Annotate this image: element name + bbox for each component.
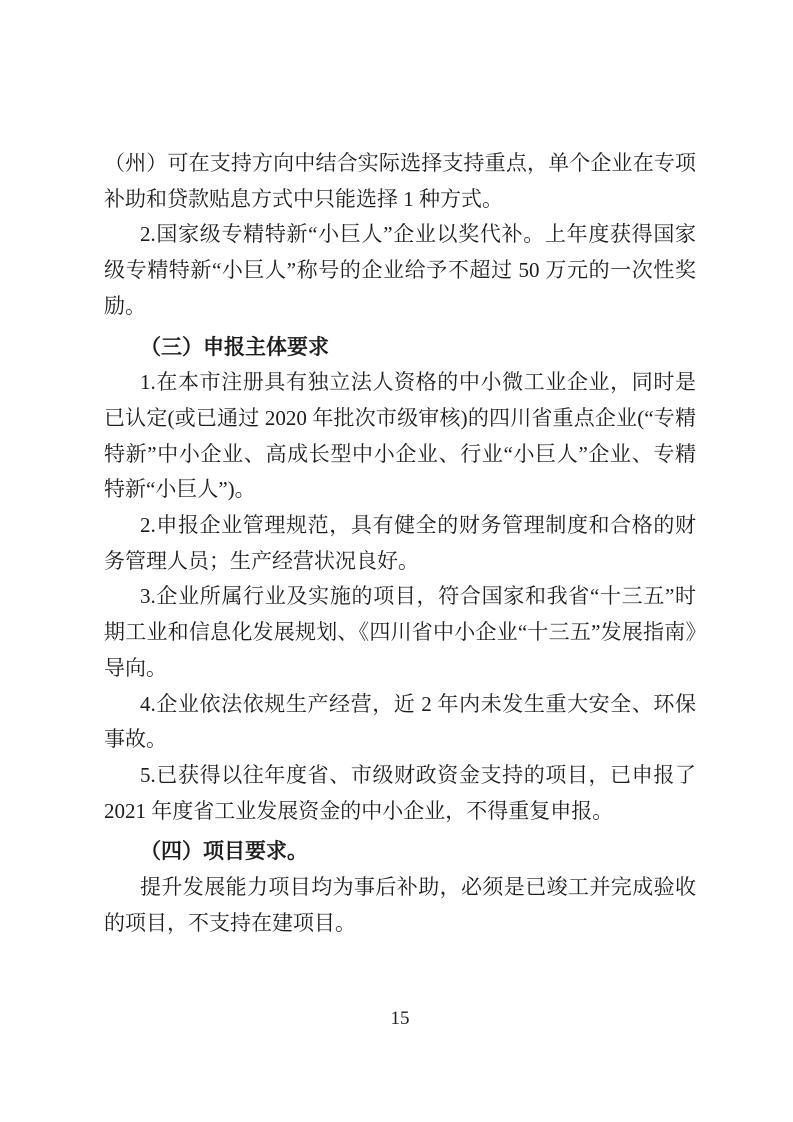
body-paragraph: 提升发展能力项目均为事后补助，必须是已竣工并完成验收的项目，不支持在建项目。 <box>104 870 696 941</box>
section-heading: （四）项目要求。 <box>104 834 696 870</box>
body-paragraph: 3.企业所属行业及实施的项目，符合国家和我省“十三五”时期工业和信息化发展规划、… <box>104 579 696 686</box>
section-heading: （三）申报主体要求 <box>104 330 696 366</box>
body-paragraph: 2.国家级专精特新“小巨人”企业以奖代补。上年度获得国家级专精特新“小巨人”称号… <box>104 217 696 324</box>
body-paragraph: 2.申报企业管理规范，具有健全的财务管理制度和合格的财务管理人员；生产经营状况良… <box>104 508 696 579</box>
body-paragraph: 4.企业依法依规生产经营，近 2 年内未发生重大安全、环保事故。 <box>104 687 696 758</box>
body-paragraph: 1.在本市注册具有独立法人资格的中小微工业企业，同时是已认定(或已通过 2020… <box>104 365 696 508</box>
body-paragraph: 5.已获得以往年度省、市级财政资金支持的项目，已申报了 2021 年度省工业发展… <box>104 758 696 829</box>
body-paragraph: （州）可在支持方向中结合实际选择支持重点，单个企业在专项补助和贷款贴息方式中只能… <box>104 146 696 217</box>
page-number: 15 <box>104 1008 696 1030</box>
document-body: （州）可在支持方向中结合实际选择支持重点，单个企业在专项补助和贷款贴息方式中只能… <box>104 146 696 941</box>
document-page: （州）可在支持方向中结合实际选择支持重点，单个企业在专项补助和贷款贴息方式中只能… <box>0 0 793 1122</box>
